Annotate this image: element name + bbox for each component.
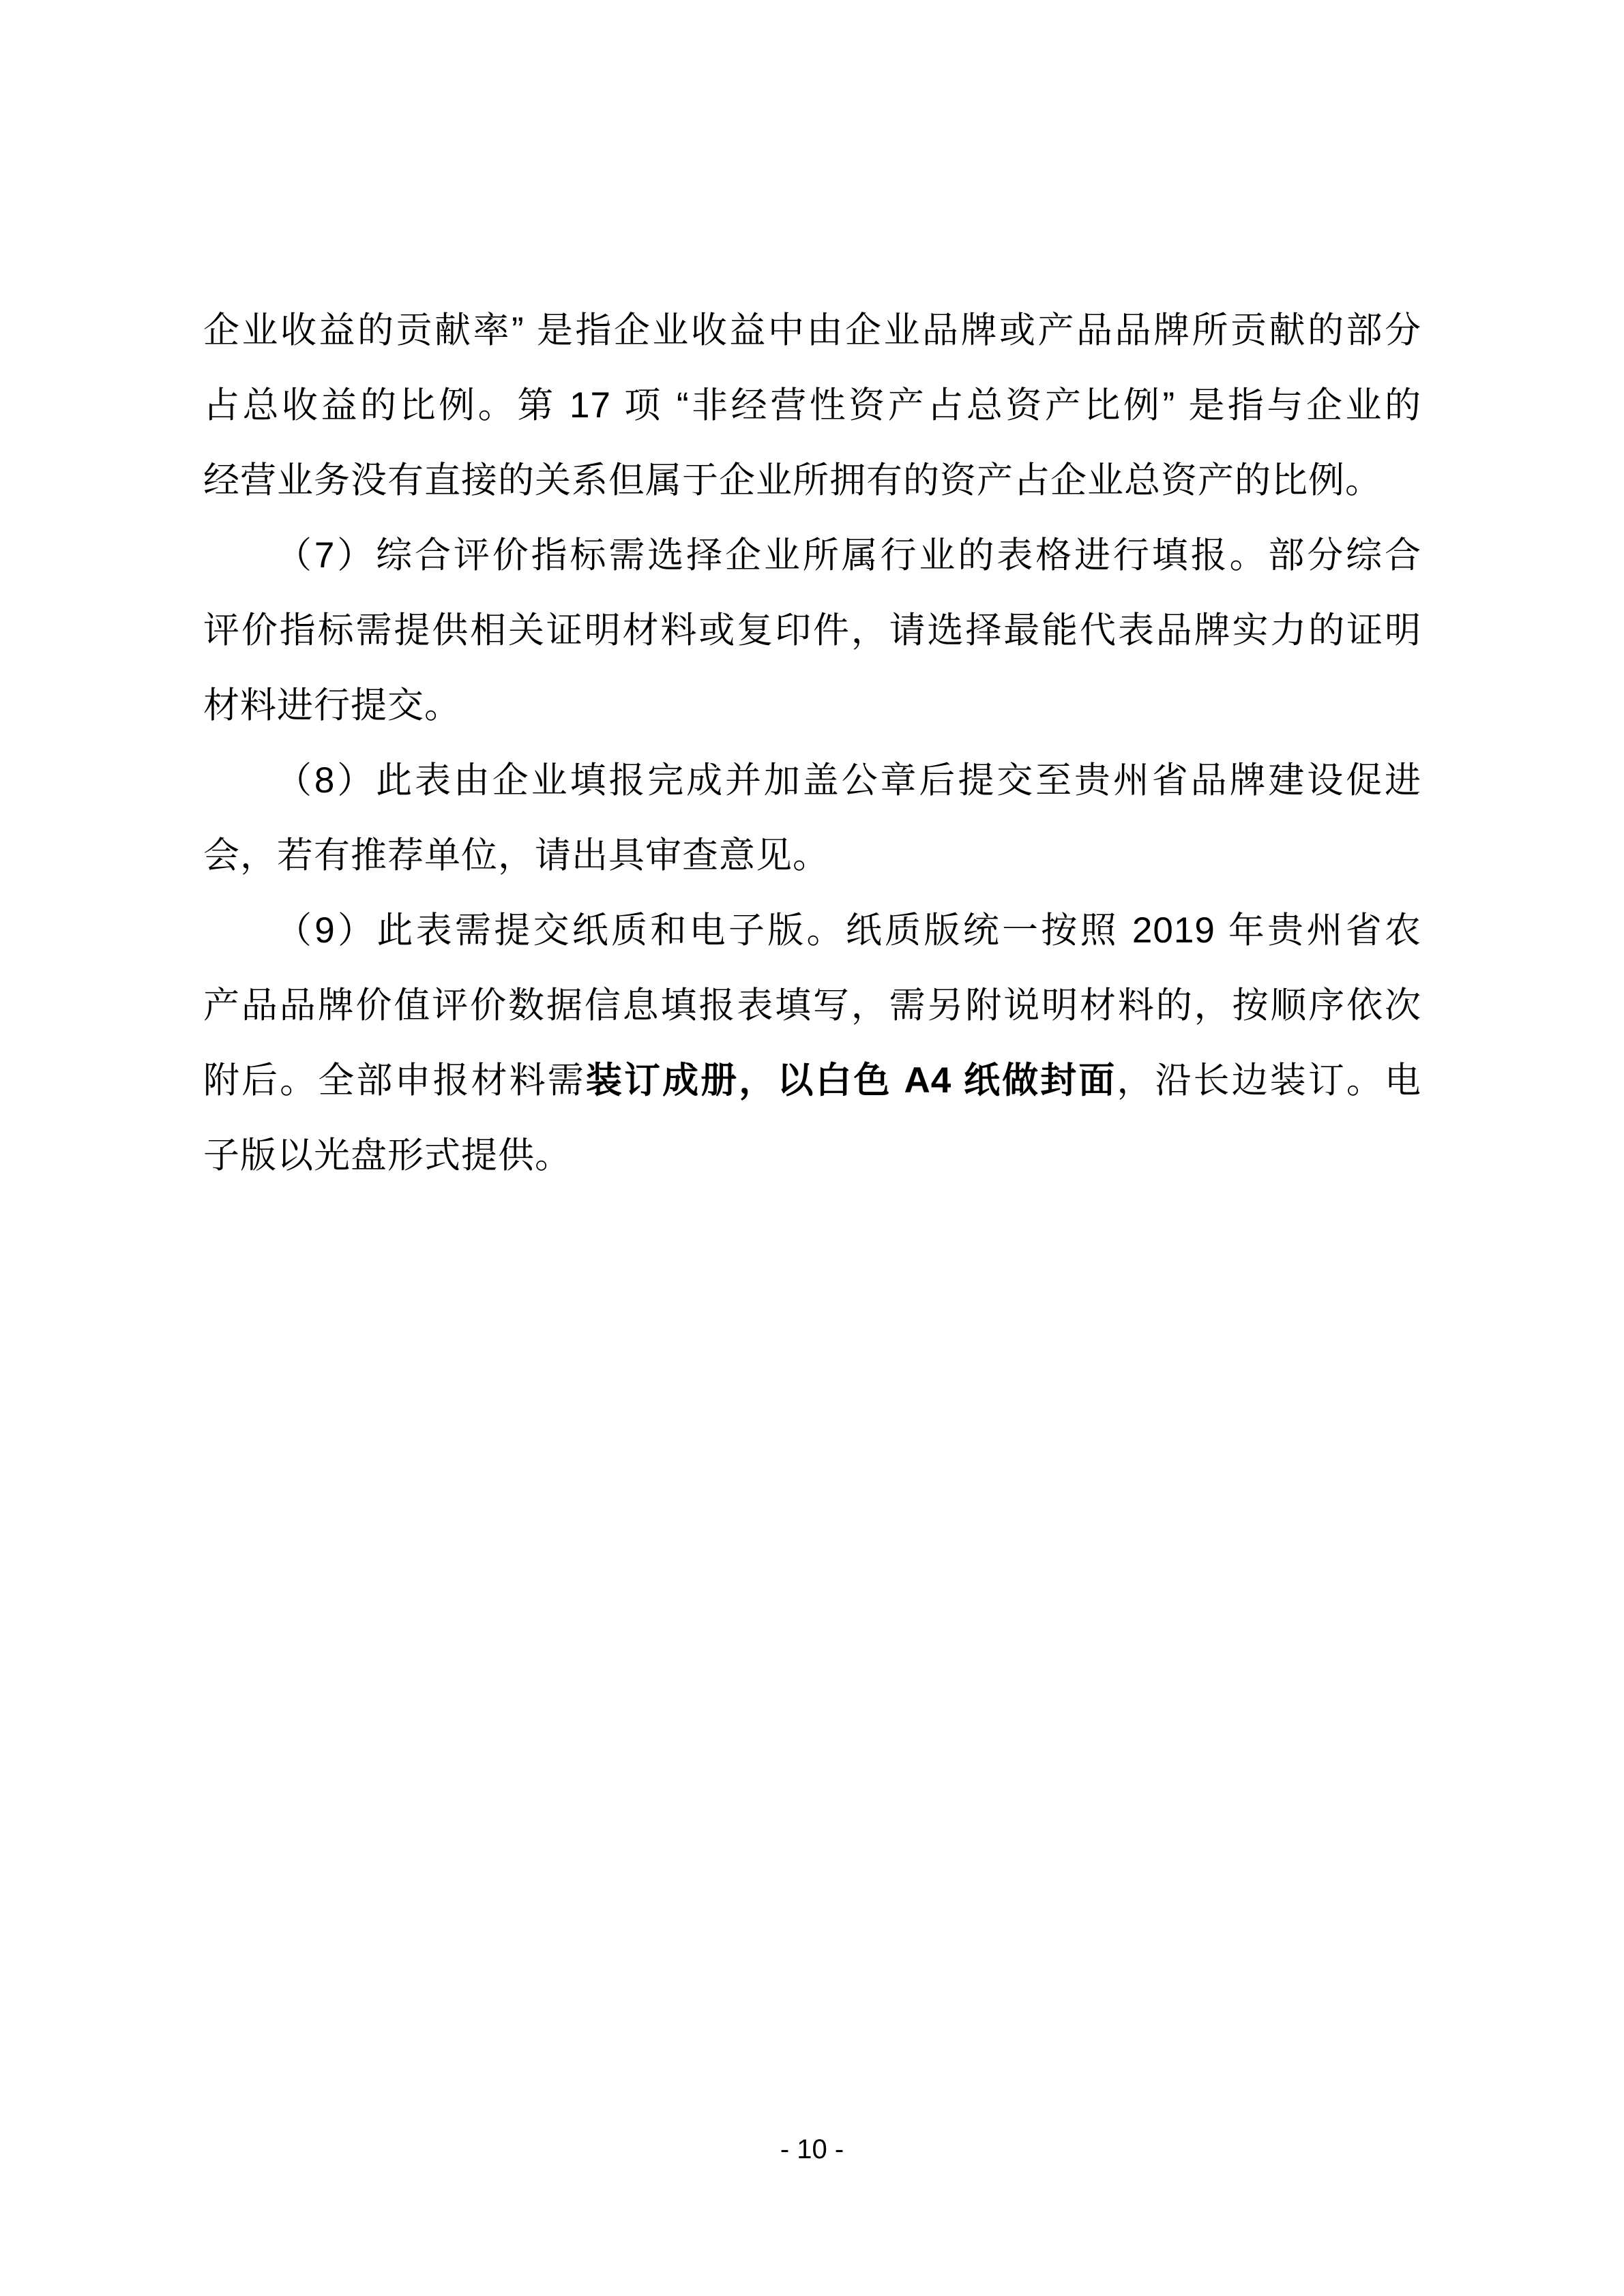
text-line: 评价指标需提供相关证明材料或复印件，请选择最能代表品牌实力的证明 [203,593,1421,668]
text-line: 企业收益的贡献率” 是指企业收益中由企业品牌或产品品牌所贡献的部分 [203,293,1421,368]
page-number: - 10 - [0,2132,1624,2167]
text-line: 会，若有推荐单位，请出具审查意见。 [203,818,1421,893]
text-line: 产品品牌价值评价数据信息填报表填写，需另附说明材料的，按顺序依次 [203,968,1421,1043]
document-page: 企业收益的贡献率” 是指企业收益中由企业品牌或产品品牌所贡献的部分占总收益的比例… [0,0,1624,2296]
bold-text-run: 装订成册，以白色 A4 纸做封面 [586,1060,1117,1101]
text-run: 材料进行提交。 [203,685,461,726]
text-run: 会，若有推荐单位，请出具审查意见。 [203,835,829,876]
text-run: 企业收益的贡献率” 是指企业收益中由企业品牌或产品品牌所贡献的部分 [203,310,1421,351]
text-run: （8）此表由企业填报完成并加盖公章后提交至贵州省品牌建设促进 [276,760,1421,801]
text-line: 占总收益的比例。第 17 项 “非经营性资产占总资产比例” 是指与企业的 [203,368,1421,443]
text-line: （7）综合评价指标需选择企业所属行业的表格进行填报。部分综合 [203,518,1421,593]
text-line: 经营业务没有直接的关系但属于企业所拥有的资产占企业总资产的比例。 [203,443,1421,518]
text-run: 产品品牌价值评价数据信息填报表填写，需另附说明材料的，按顺序依次 [203,985,1421,1026]
text-run: 占总收益的比例。第 17 项 “非经营性资产占总资产比例” 是指与企业的 [203,385,1421,426]
text-run: 子版以光盘形式提供。 [203,1135,572,1176]
text-run: （9）此表需提交纸质和电子版。纸质版统一按照 2019 年贵州省农 [276,910,1421,951]
text-line: （8）此表由企业填报完成并加盖公章后提交至贵州省品牌建设促进 [203,743,1421,818]
text-run: ，沿长边装订。电 [1117,1060,1421,1101]
text-run: （7）综合评价指标需选择企业所属行业的表格进行填报。部分综合 [276,535,1421,576]
document-body: 企业收益的贡献率” 是指企业收益中由企业品牌或产品品牌所贡献的部分占总收益的比例… [203,293,1421,1193]
text-run: 附后。全部申报材料需 [203,1060,586,1101]
text-run: 经营业务没有直接的关系但属于企业所拥有的资产占企业总资产的比例。 [203,460,1382,501]
text-line: （9）此表需提交纸质和电子版。纸质版统一按照 2019 年贵州省农 [203,893,1421,968]
text-line: 附后。全部申报材料需装订成册，以白色 A4 纸做封面，沿长边装订。电 [203,1043,1421,1118]
text-line: 子版以光盘形式提供。 [203,1118,1421,1193]
text-run: 评价指标需提供相关证明材料或复印件，请选择最能代表品牌实力的证明 [203,610,1421,651]
text-line: 材料进行提交。 [203,668,1421,743]
